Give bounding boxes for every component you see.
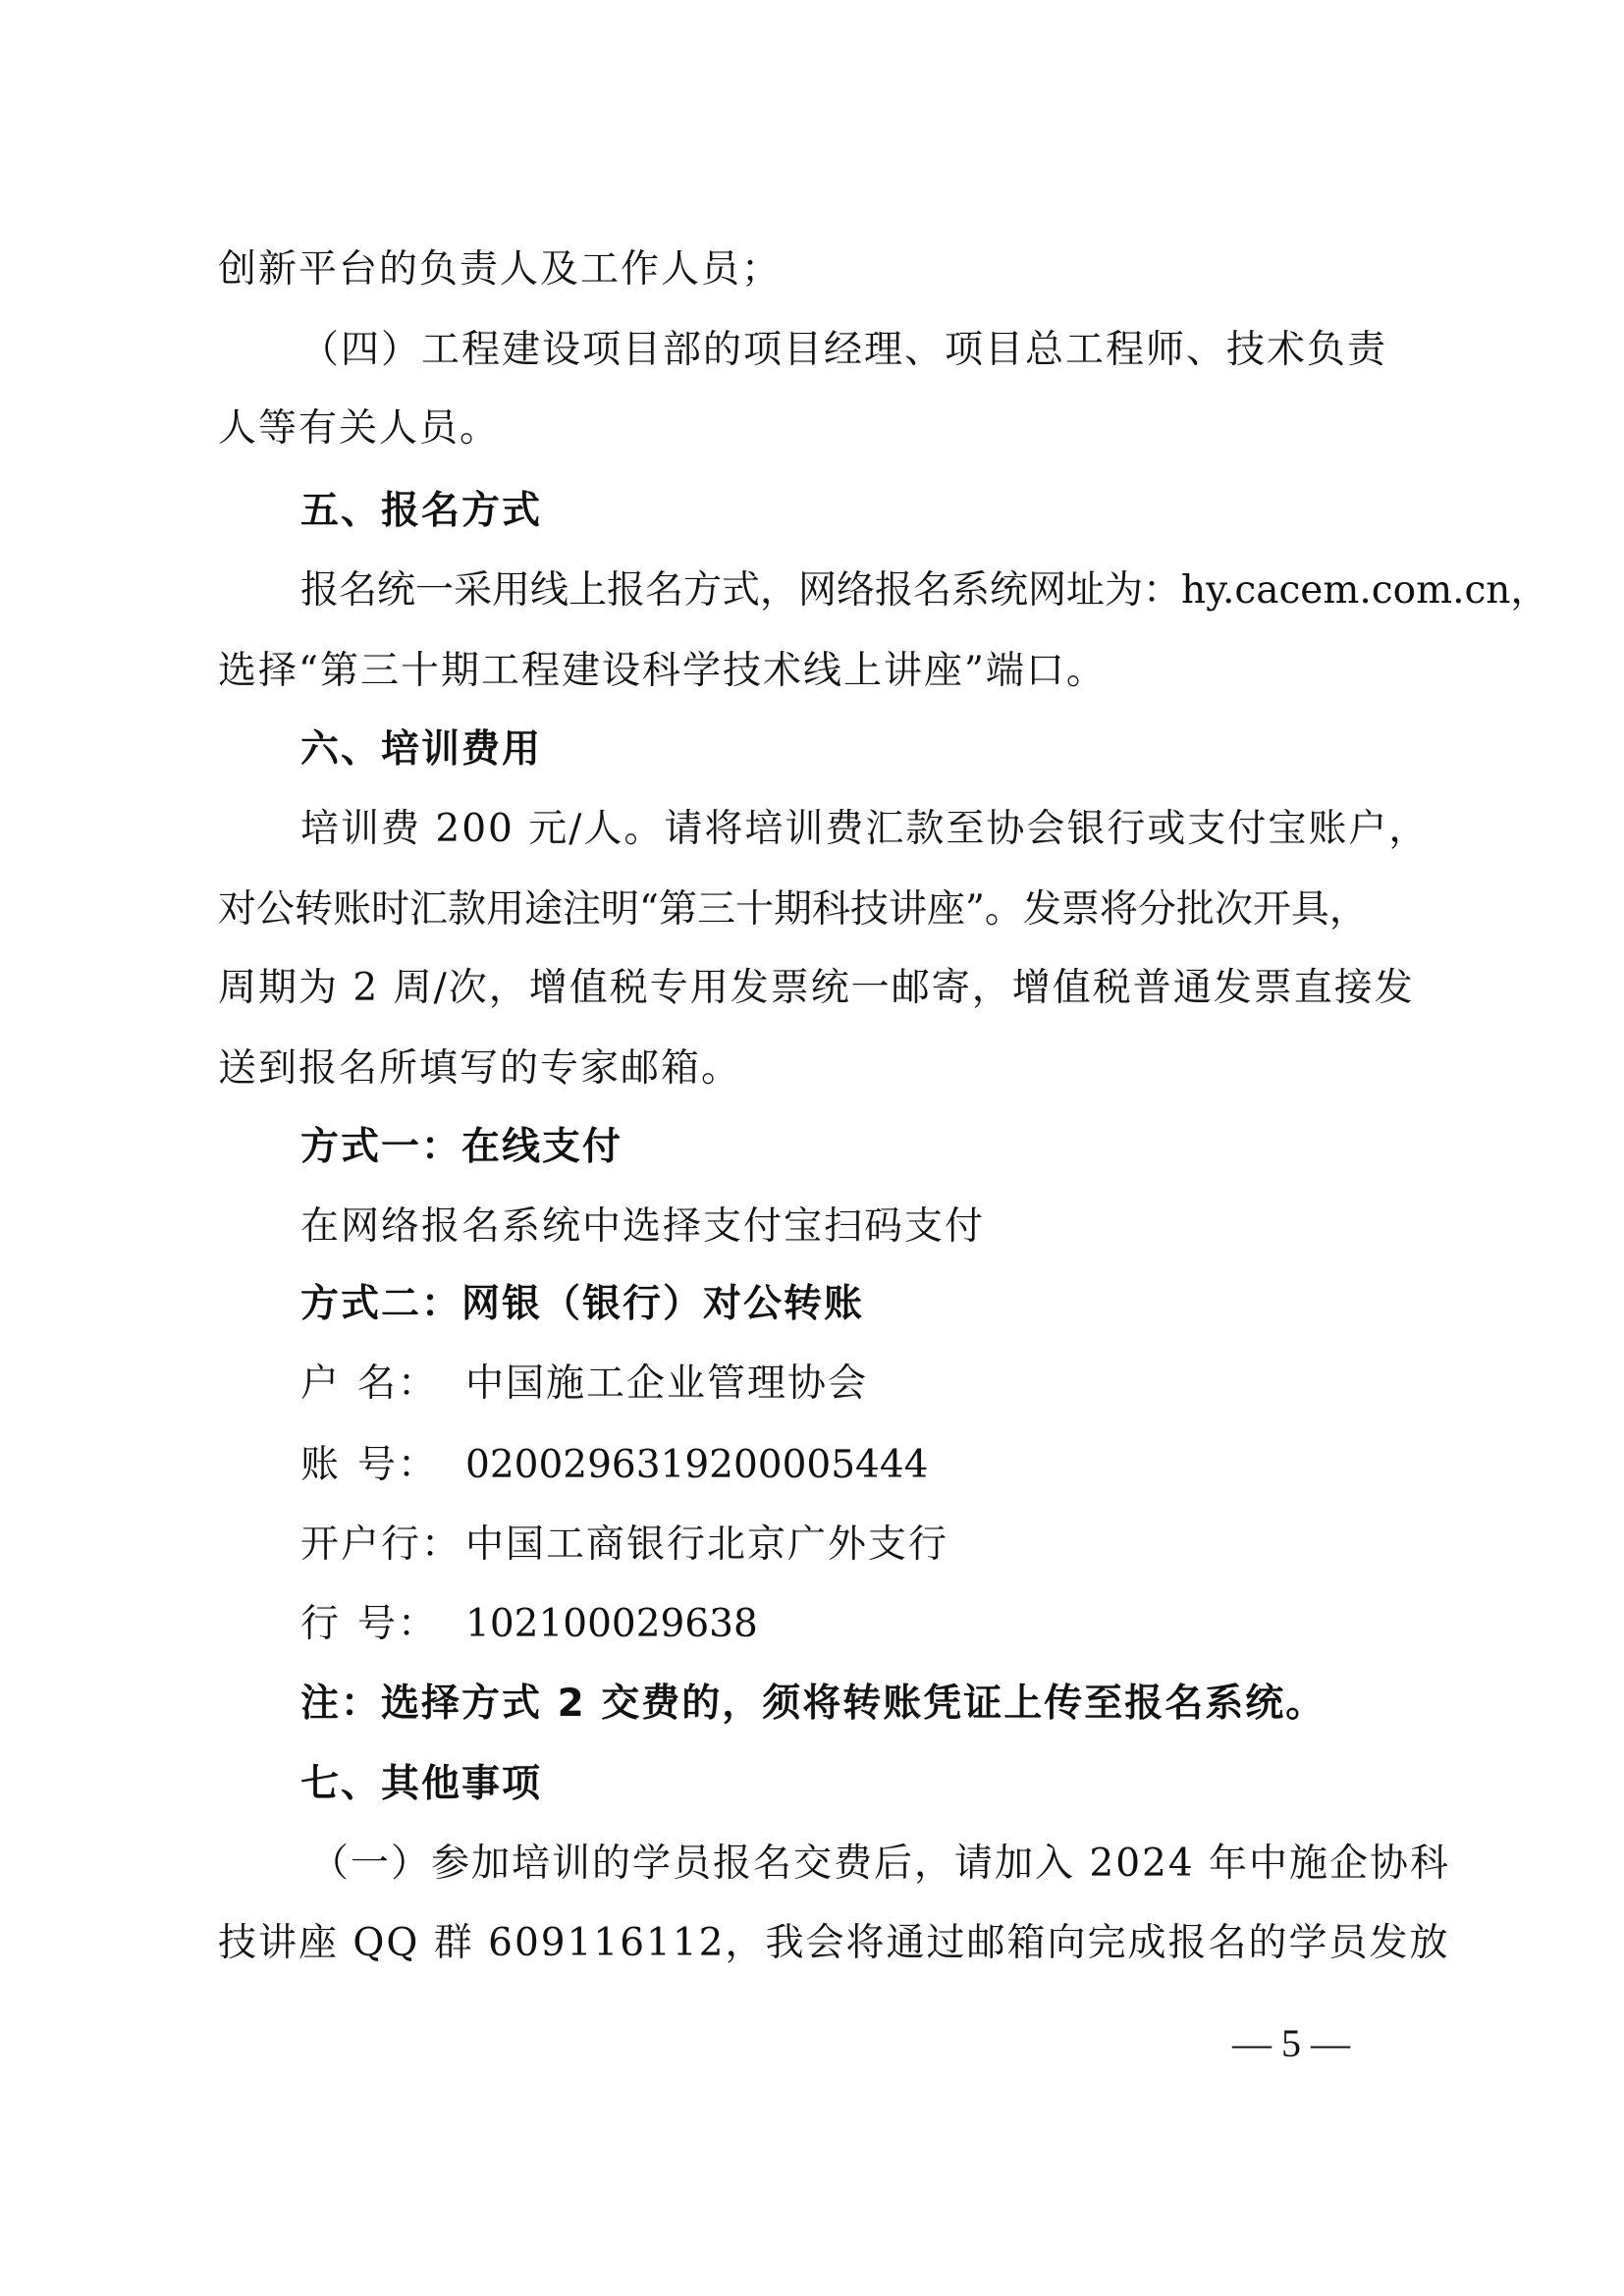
other-text: （一）参加培训的学员报名交费后，请加入 2024 年中施企协科 xyxy=(310,1840,1508,1889)
text-line: 人等有关人员。 xyxy=(218,404,1416,454)
text-line: （四）工程建设项目部的项目经理、项目总工程师、技术负责 xyxy=(300,326,1498,375)
fee-text: 对公转账时汇款用途注明“第三十期科技讲座”。发票将分批次开具， xyxy=(218,885,1416,934)
account-number-value: 0200296319200005444 xyxy=(465,1443,928,1487)
account-number-row: 账号：0200296319200005444 xyxy=(300,1441,1498,1490)
text-line: 创新平台的负责人及工作人员； xyxy=(218,245,1416,294)
registration-text: 选择“第三十期工程建设科学技术线上讲座”端口。 xyxy=(218,647,1416,696)
payment-method-1-text: 在网络报名系统中选择支付宝扫码支付 xyxy=(300,1202,1498,1252)
payment-method-1-heading: 方式一：在线支付 xyxy=(300,1123,1498,1172)
account-name-label: 户名： xyxy=(300,1360,438,1409)
section-heading-other: 七、其他事项 xyxy=(300,1760,1498,1809)
section-heading-registration: 五、报名方式 xyxy=(300,487,1498,536)
fee-text: 周期为 2 周/次，增值税专用发票统一邮寄，增值税普通发票直接发 xyxy=(218,964,1416,1013)
account-name-row: 户名：中国施工企业管理协会 xyxy=(300,1360,1498,1409)
other-text: 技讲座 QQ 群 609116112，我会将通过邮箱向完成报名的学员发放 xyxy=(218,1919,1416,1968)
page-number: — 5 — xyxy=(1232,2020,1350,2066)
bank-number-row: 行号：102100029638 xyxy=(300,1600,1498,1649)
account-number-label: 账号： xyxy=(300,1441,438,1490)
payment-note: 注：选择方式 2 交费的，须将转账凭证上传至报名系统。 xyxy=(300,1680,1498,1729)
payment-method-2-heading: 方式二：网银（银行）对公转账 xyxy=(300,1280,1498,1329)
bank-number-label: 行号： xyxy=(300,1600,438,1649)
bank-value: 中国工商银行北京广外支行 xyxy=(465,1522,948,1567)
bank-label: 开户行： xyxy=(300,1521,465,1570)
fee-text: 送到报名所填写的专家邮箱。 xyxy=(218,1044,1416,1094)
bank-number-value: 102100029638 xyxy=(465,1602,758,1646)
fee-text: 培训费 200 元/人。请将培训费汇款至协会银行或支付宝账户， xyxy=(300,805,1498,854)
registration-text: 报名统一采用线上报名方式，网络报名系统网址为：hy.cacem.com.cn， xyxy=(300,566,1498,615)
account-name-value: 中国施工企业管理协会 xyxy=(465,1362,868,1406)
section-heading-fees: 六、培训费用 xyxy=(300,725,1498,774)
bank-row: 开户行：中国工商银行北京广外支行 xyxy=(300,1521,1498,1570)
